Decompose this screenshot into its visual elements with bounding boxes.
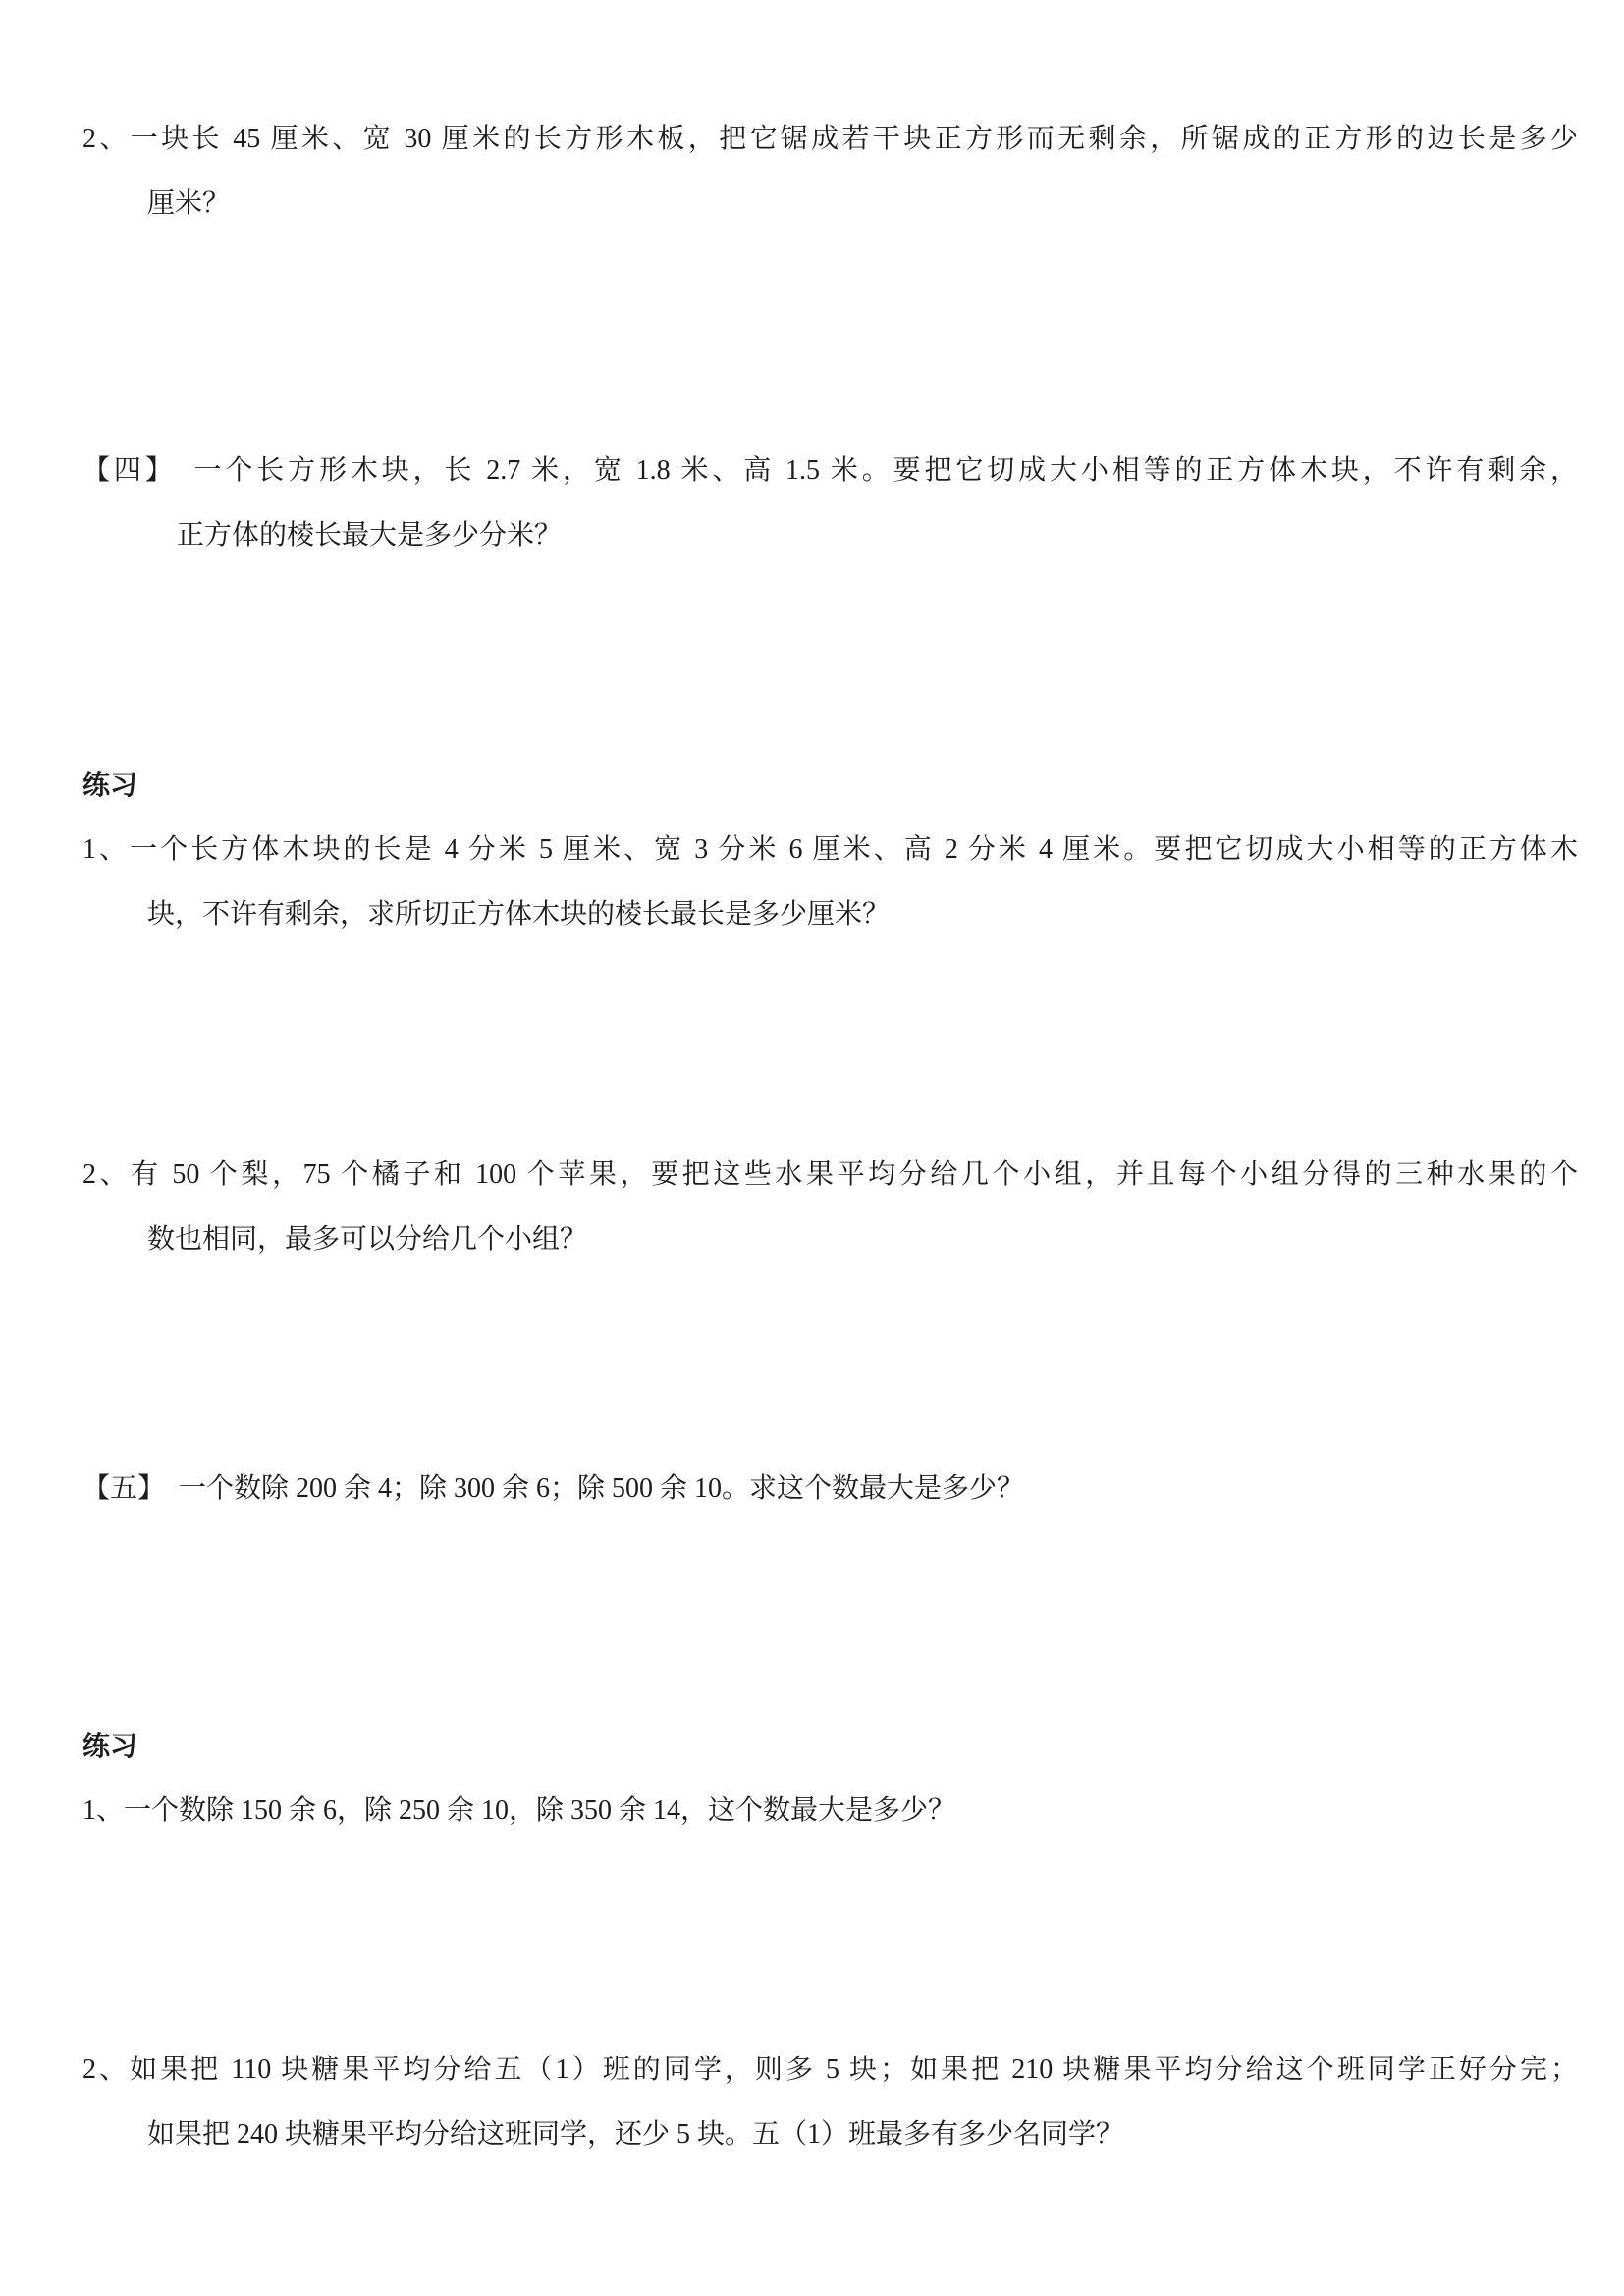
practice1-problem-cube-edge: 1、一个长方体木块的长是 4 分米 5 厘米、宽 3 分米 6 厘米、高 2 分… xyxy=(82,818,1578,947)
practice1-problem-fruit-groups-line-2: 数也相同，最多可以分给几个小组？ xyxy=(147,1207,1578,1272)
practice2-problem-candy-line-2: 如果把 240 块糖果平均分给这班同学，还少 5 块。五（1）班最多有多少名同学… xyxy=(147,2103,1578,2167)
example-five: 【五】 一个数除 200 余 4；除 300 余 6；除 500 余 10。求这… xyxy=(82,1457,1578,1522)
practice1-problem-cube-edge-line-2: 块，不许有剩余，求所切正方体木块的棱长最长是多少厘米？ xyxy=(147,882,1578,947)
practice-heading-2: 练习 xyxy=(82,1714,1578,1779)
practice-heading-1: 练习 xyxy=(82,753,1578,818)
worksheet-page: 2、一块长 45 厘米、宽 30 厘米的长方形木板，把它锯成若干块正方形而无剩余… xyxy=(0,0,1624,2296)
example-four-line-2: 正方体的棱长最大是多少分米？ xyxy=(177,504,1578,568)
practice2-problem-remainders-line-1: 1、一个数除 150 余 6，除 250 余 10，除 350 余 14，这个数… xyxy=(82,1779,1578,1843)
practice1-problem-fruit-groups: 2、有 50 个梨，75 个橘子和 100 个苹果，要把这些水果平均分给几个小组… xyxy=(82,1143,1578,1272)
worksheet-content: 2、一块长 45 厘米、宽 30 厘米的长方形木板，把它锯成若干块正方形而无剩余… xyxy=(82,107,1578,2167)
problem-board-squares: 2、一块长 45 厘米、宽 30 厘米的长方形木板，把它锯成若干块正方形而无剩余… xyxy=(82,107,1578,237)
example-four-line-1: 【四】 一个长方形木块，长 2.7 米，宽 1.8 米、高 1.5 米。要把它切… xyxy=(82,439,1578,504)
practice2-problem-remainders: 1、一个数除 150 余 6，除 250 余 10，除 350 余 14，这个数… xyxy=(82,1779,1578,1843)
practice1-problem-cube-edge-line-1: 1、一个长方体木块的长是 4 分米 5 厘米、宽 3 分米 6 厘米、高 2 分… xyxy=(82,818,1578,882)
example-five-line-1: 【五】 一个数除 200 余 4；除 300 余 6；除 500 余 10。求这… xyxy=(82,1457,1578,1522)
practice2-problem-candy: 2、如果把 110 块糖果平均分给五（1）班的同学，则多 5 块；如果把 210… xyxy=(82,2038,1578,2167)
example-four: 【四】 一个长方形木块，长 2.7 米，宽 1.8 米、高 1.5 米。要把它切… xyxy=(82,439,1578,568)
problem-board-squares-line-1: 2、一块长 45 厘米、宽 30 厘米的长方形木板，把它锯成若干块正方形而无剩余… xyxy=(82,107,1578,172)
practice2-problem-candy-line-1: 2、如果把 110 块糖果平均分给五（1）班的同学，则多 5 块；如果把 210… xyxy=(82,2038,1578,2103)
practice1-problem-fruit-groups-line-1: 2、有 50 个梨，75 个橘子和 100 个苹果，要把这些水果平均分给几个小组… xyxy=(82,1143,1578,1207)
problem-board-squares-line-2: 厘米？ xyxy=(147,172,1578,237)
